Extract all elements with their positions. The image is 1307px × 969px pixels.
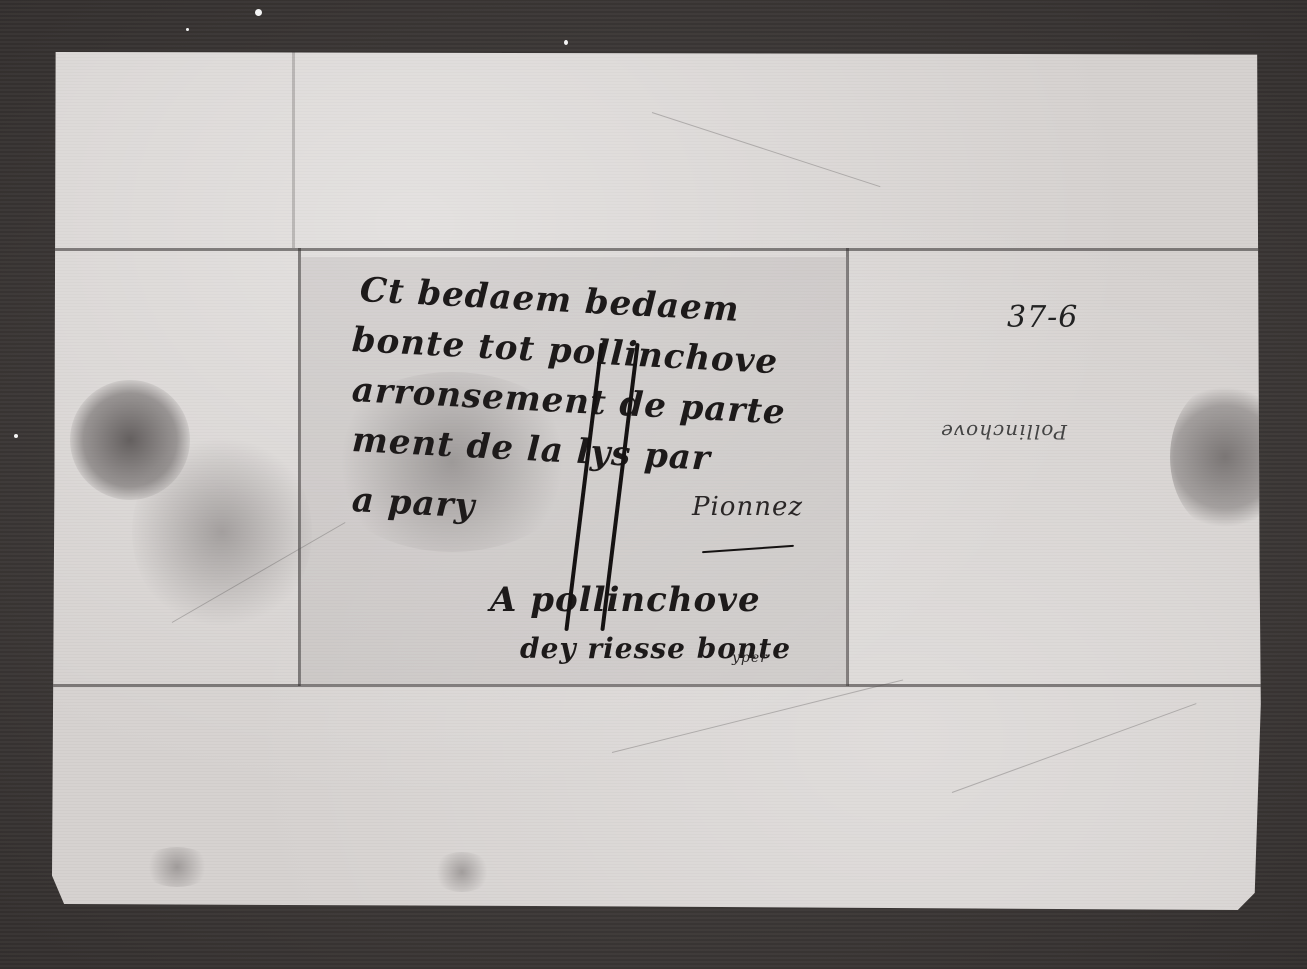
dust-speck <box>186 28 189 31</box>
dust-speck <box>255 9 262 16</box>
paper-crease <box>612 679 903 753</box>
ink-blot <box>142 847 212 887</box>
dust-speck <box>564 40 568 45</box>
fold-line-faint <box>292 52 295 248</box>
ink-blot <box>432 852 492 892</box>
ink-stain <box>132 432 312 632</box>
mirrored-bleed-through-text: Pollinchove <box>940 420 1067 444</box>
paper-crease <box>652 112 881 187</box>
signature: Pionnez <box>692 492 803 522</box>
letter-paper: Ct bedaem bedaem bonte tot pollinchove a… <box>52 52 1262 910</box>
docket-number: 37-6 <box>1007 300 1078 335</box>
fold-line-top <box>52 248 1262 251</box>
paper-crease <box>952 703 1197 793</box>
lower-line-1: A pollinchove <box>490 580 761 620</box>
address-line-5: a pary <box>351 480 476 526</box>
dust-speck <box>14 434 18 438</box>
underwritten-note: yper <box>732 650 768 666</box>
